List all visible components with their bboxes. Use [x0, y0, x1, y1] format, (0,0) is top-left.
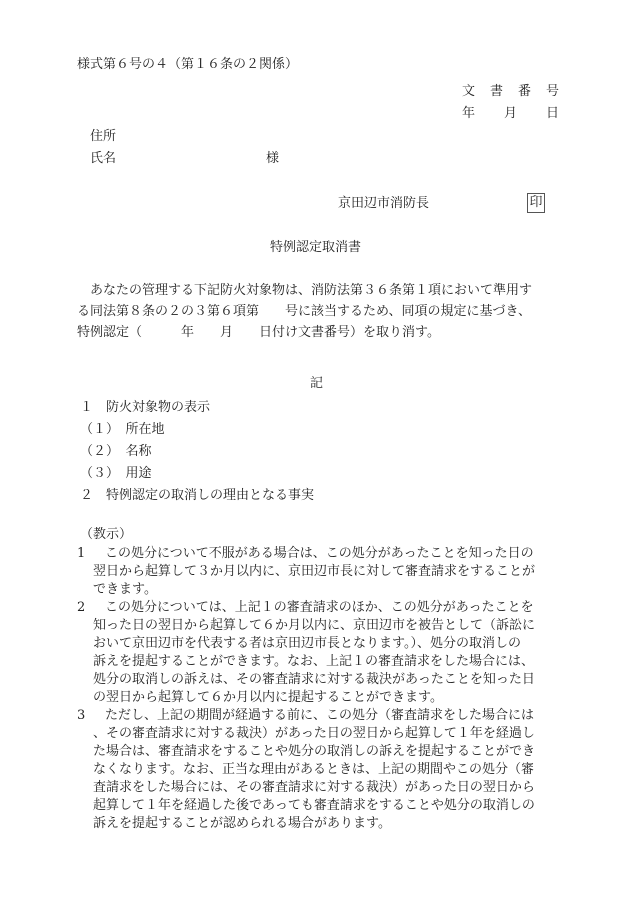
address-label: 住所	[90, 129, 116, 145]
body-line: る同法第８条の２の３第６項第 号に該当するため、同項の規定に基づき、	[77, 301, 567, 322]
notice-number: 1	[77, 545, 85, 563]
issuer: 京田辺市消防長	[338, 196, 429, 212]
item-1-2: （２） 名称	[80, 444, 152, 460]
body-line: 特例認定（ 年 月 日付け文書番号）を取り消す。	[77, 322, 567, 343]
notice-list: 1 この処分について不服がある場合は、この処分があったことを知った日の 翌日から…	[77, 545, 567, 833]
notice-item: 1 この処分について不服がある場合は、この処分があったことを知った日の 翌日から…	[77, 545, 567, 599]
item-1-3: （３） 用途	[80, 466, 152, 482]
ki-heading: 記	[310, 376, 323, 392]
notice-item: 3 ただし、上記の期間が経過する前に、この処分（審査請求をした場合には 、その審…	[77, 707, 567, 833]
seal-mark: 印	[527, 193, 545, 213]
notice-number: 2	[77, 599, 85, 617]
item-2: ２ 特例認定の取消しの理由となる事実	[80, 488, 314, 504]
item-1: １ 防火対象物の表示	[80, 400, 210, 416]
document-number-label: 文 書 番 号	[462, 84, 560, 100]
body-paragraph: あなたの管理する下記防火対象物は、消防法第３６条第１項において準用す る同法第８…	[77, 280, 567, 343]
document-title: 特例認定取消書	[270, 240, 361, 256]
honorific: 様	[266, 151, 279, 167]
name-label: 氏名	[90, 151, 116, 167]
date-label: 年 月 日	[462, 106, 560, 122]
item-1-1: （１） 所在地	[80, 422, 165, 438]
notice-item: 2 この処分については、上記１の審査請求のほか、この処分があったことを 知った日…	[77, 599, 567, 707]
form-id: 様式第６号の４（第１６条の２関係）	[77, 57, 298, 73]
notice-number: 3	[77, 707, 85, 725]
body-line: あなたの管理する下記防火対象物は、消防法第３６条第１項において準用す	[77, 280, 567, 301]
notice-heading: （教示）	[80, 527, 132, 543]
